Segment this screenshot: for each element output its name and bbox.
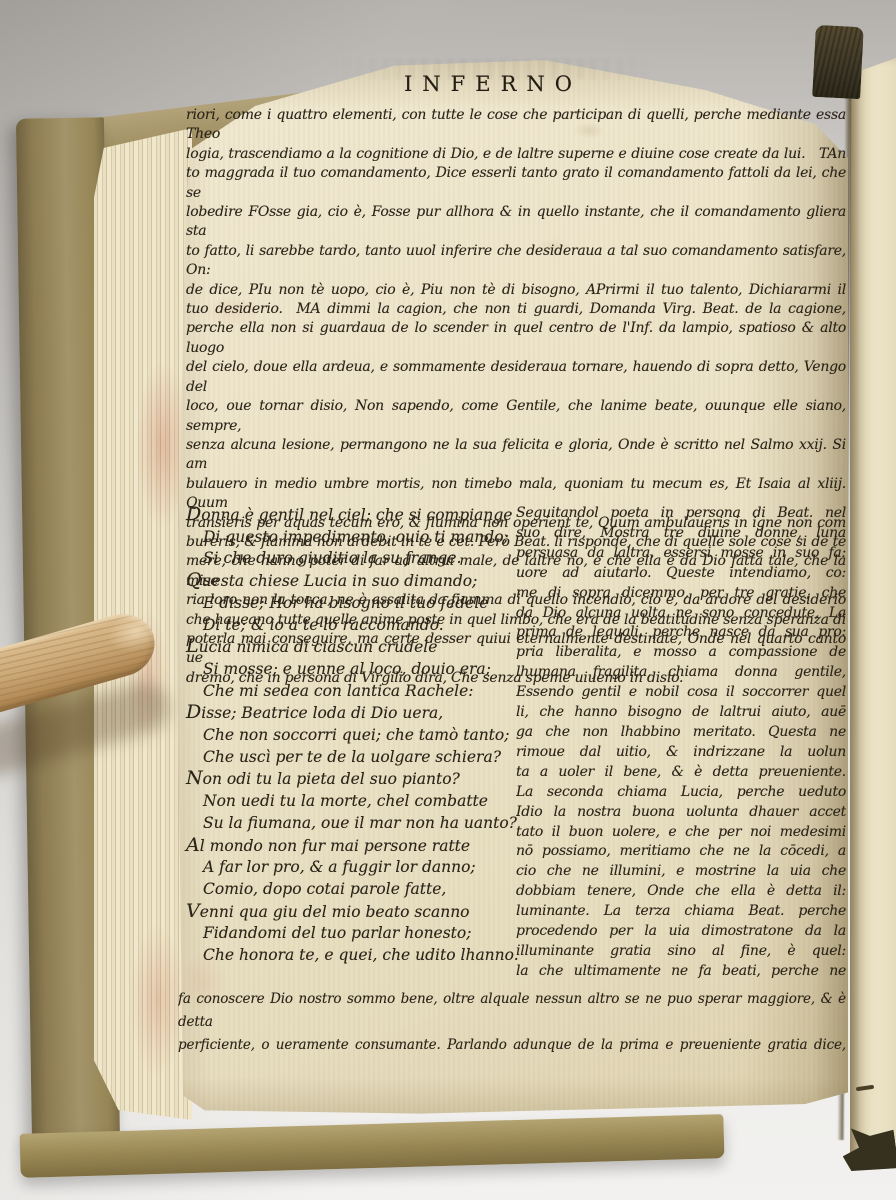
verse-line: Non odi tu la pieta del suo pianto? <box>186 768 526 791</box>
commentary-line: perficiente, o ueramente consumante. Par… <box>178 1034 846 1057</box>
commentary-line: uore ad aiutarlo. Queste intendiamo, co: <box>516 564 846 584</box>
commentary-line: illuminante gratia sino al fine, è quel: <box>516 942 846 962</box>
verse-line: Comio, dopo cotai parole fatte, <box>186 879 526 901</box>
commentary-line: Seguitandol poeta in persona di Beat. ne… <box>516 504 846 524</box>
commentary-line: perche ella non si guardaua de lo scende… <box>186 319 846 358</box>
verse-line: Che non soccorri quei; che tamò tanto; <box>186 725 526 747</box>
verse-line: Di te; & io a te lo raccomando. <box>186 615 526 637</box>
commentary-line: to maggrada il tuo comandamento, Dice es… <box>186 164 846 203</box>
commentary-line: li, che hanno bisogno de laltrui aiuto, … <box>516 703 846 723</box>
commentary-line: tato il buon uolere, e che per noi medes… <box>516 823 846 843</box>
commentary-line: Essendo gentil e nobil cosa il soccorrer… <box>516 683 846 703</box>
commentary-line: dobbiam tenere, Onde che ella è detta il… <box>516 882 846 902</box>
commentary-line: Idio la nostra buona uolunta dhauer acce… <box>516 803 846 823</box>
commentary-line: luminante. La terza chiama Beat. perche <box>516 902 846 922</box>
bottom-commentary-block: fa conoscere Dio nostro sommo bene, oltr… <box>178 988 846 1057</box>
commentary-line: ta a uoler il bene, & è detta preuenient… <box>516 763 846 783</box>
commentary-line: me di sopra dicemmo, per tre gratie, che <box>516 584 846 604</box>
commentary-line: de dice, PIu non tè uopo, cio è, Piu non… <box>186 281 846 300</box>
verse-line: Questa chiese Lucia in suo dimando; <box>186 570 526 593</box>
commentary-line: del cielo, doue ella ardeua, e sommament… <box>186 358 846 397</box>
commentary-line: rimoue dal uitio, & indrizzane la uolun <box>516 743 846 763</box>
commentary-line: ga che non lhabbino meritato. Questa ne <box>516 723 846 743</box>
commentary-line: La seconda chiama Lucia, perche ueduto <box>516 783 846 803</box>
commentary-line: nō possiamo, meritiamo che ne la cōcedi,… <box>516 842 846 862</box>
verse-line: Che honora te, e quei, che udito lhanno. <box>186 945 526 967</box>
verse-line: Fidandomi del tuo parlar honesto; <box>186 923 526 945</box>
running-title: INFERNO <box>404 72 582 96</box>
commentary-line: riori, come i quattro elementi, con tutt… <box>186 106 846 145</box>
verse-line: Si mosse; e uenne al loco, douio era; <box>186 659 526 681</box>
photo-stage: INFERNO riori, come i quattro elementi, … <box>0 0 896 1200</box>
verse-line: Che mi sedea con lantica Rachele: <box>186 681 526 703</box>
commentary-line: da Dio alcuna uolta ne sono concedute, L… <box>516 604 846 624</box>
verse-line: Su la fiumana, oue il mar non ha uanto? <box>186 813 526 835</box>
verse-line: A far lor pro, & a fuggir lor danno; <box>186 857 526 879</box>
verse-line: Che uscì per te de la uolgare schiera? <box>186 747 526 769</box>
commentary-line: la che ultimamente ne fa beati, perche n… <box>516 962 846 982</box>
commentary-line: lobedire FOsse gia, cio è, Fosse pur all… <box>186 203 846 242</box>
verse-line: Lucia nimica di ciascun crudele <box>186 636 526 659</box>
commentary-line: to fatto, li sarebbe tardo, tanto uuol i… <box>186 242 846 281</box>
right-commentary-column: Seguitandol poeta in persona di Beat. ne… <box>516 504 846 982</box>
commentary-line: procedendo per la uia dimostratone da la <box>516 922 846 942</box>
commentary-line: senza alcuna lesione, permangono ne la s… <box>186 436 846 475</box>
commentary-line: persuasa da laltra, essersi mosse in suo… <box>516 544 846 564</box>
commentary-line: suo dire, Mostra tre diuine donne, luna <box>516 524 846 544</box>
verse-line: E disse; Hor ha bisogno il tuo fedele <box>186 593 526 615</box>
commentary-line: fa conoscere Dio nostro sommo bene, oltr… <box>178 988 846 1034</box>
commentary-line: prima de lequali, perche nasce da sua pr… <box>516 623 846 643</box>
commentary-line: loco, oue tornar disio, Non sapendo, com… <box>186 397 846 436</box>
facing-page-edge <box>850 58 896 1158</box>
verse-line: Di questo impedimento, ouio ti mando; <box>186 527 526 549</box>
verse-column: Donna è gentil nel ciel; che si compiang… <box>186 504 526 967</box>
commentary-line: pria liberalita, e mosso a compassione d… <box>516 643 846 663</box>
commentary-line: lhumana fragilita, chiama donna gentile, <box>516 663 846 683</box>
verse-line: Al mondo non fur mai persone ratte <box>186 835 526 858</box>
commentary-line: cio che ne illumini, e mostrine la uia c… <box>516 862 846 882</box>
verse-line: Non uedi tu la morte, chel combatte <box>186 791 526 813</box>
verse-line: Disse; Beatrice loda di Dio uera, <box>186 702 526 725</box>
spine-endband <box>812 25 864 99</box>
verse-line: Donna è gentil nel ciel; che si compiang… <box>186 504 526 527</box>
verse-line: Si che duro giuditio la su frange. <box>186 548 526 570</box>
verse-line: Venni qua giu del mio beato scanno <box>186 901 526 924</box>
commentary-line: tuo desiderio. MA dimmi la cagion, che n… <box>186 300 846 319</box>
commentary-line: logia, trascendiamo a la cognitione di D… <box>186 145 846 164</box>
